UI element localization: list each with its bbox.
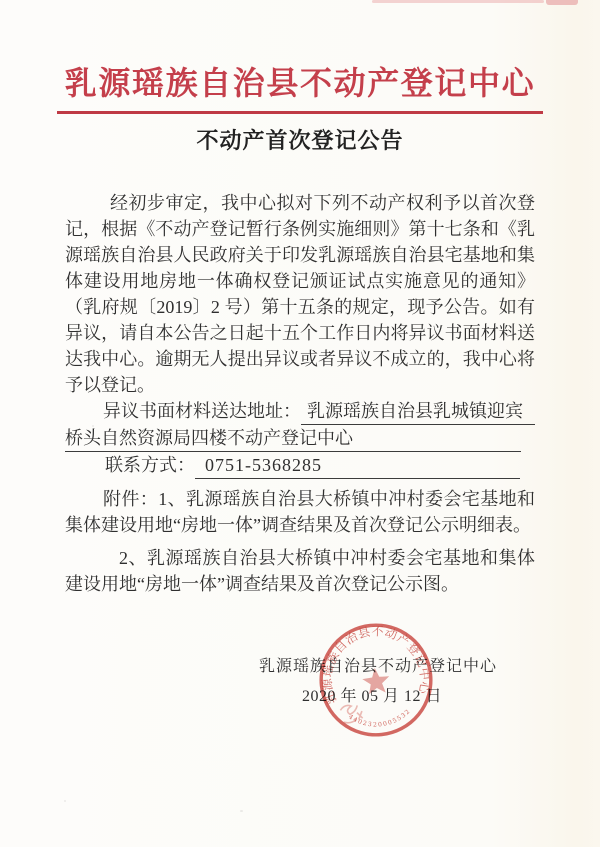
address-value-line1: 乳源瑶族自治县乳城镇迎宾: [301, 398, 535, 425]
attachment-2: 2、乳源瑶族自治县大桥镇中冲村委会宅基地和集体建设用地“房地一体”调查结果及首次…: [65, 545, 535, 597]
attachment-1: 附件：1、乳源瑶族自治县大桥镇中冲村委会宅基地和集体建设用地“房地一体”调查结果…: [65, 486, 535, 538]
seal-arc-text: 乳源瑶族自治县不动产登记中心: [315, 618, 435, 706]
official-seal: 乳源瑶族自治县不动产登记中心 4402320005532: [302, 606, 449, 753]
contact-row: 联系方式：0751-5368285: [65, 452, 535, 479]
header-divider: [57, 111, 543, 114]
issuing-org-title: 乳源瑶族自治县不动产登记中心: [0, 58, 600, 104]
scan-speck: [240, 810, 243, 812]
address-row-2: 桥头自然资源局四楼不动产登记中心: [65, 425, 535, 452]
address-value-line2: 桥头自然资源局四楼不动产登记中心: [65, 425, 521, 452]
scan-artifact-top-right: [546, 0, 578, 5]
contact-value: 0751-5368285: [195, 452, 520, 479]
contact-label: 联系方式：: [105, 452, 195, 479]
attachment-label: 附件：: [103, 489, 158, 509]
scan-artifact-top: [372, 0, 544, 3]
address-label: 异议书面材料送达地址：: [103, 398, 301, 425]
seal-star-icon: [361, 666, 391, 694]
document-body: 经初步审定，我中心拟对下列不动产权利予以首次登记，根据《不动产登记暂行条例实施细…: [65, 190, 535, 597]
address-row-1: 异议书面材料送达地址：乳源瑶族自治县乳城镇迎宾: [65, 398, 535, 425]
announcement-page: 乳源瑶族自治县不动产登记中心 不动产首次登记公告 经初步审定，我中心拟对下列不动…: [0, 0, 600, 847]
main-paragraph: 经初步审定，我中心拟对下列不动产权利予以首次登记，根据《不动产登记暂行条例实施细…: [65, 190, 535, 398]
scan-speck: [64, 800, 66, 802]
document-title: 不动产首次登记公告: [0, 124, 600, 155]
